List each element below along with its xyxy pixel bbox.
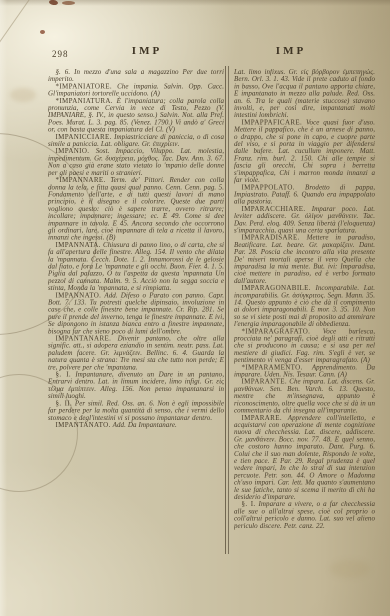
running-head-right: IMP bbox=[246, 45, 336, 57]
dictionary-entry: *IMPARAGRAFATO. Voce burlesca, procciata… bbox=[234, 328, 375, 364]
left-column: §. 6. In mezzo d'una sala a magazzino Pe… bbox=[48, 69, 224, 551]
ink-stain bbox=[62, 1, 75, 5]
running-head-left: IMP bbox=[102, 45, 192, 57]
left-column-text: §. 6. In mezzo d'una sala a magazzino Pe… bbox=[48, 69, 224, 429]
dictionary-entry: IMPANTANATO. Add. Da Impantanare. bbox=[48, 422, 224, 429]
entry-body: Voce quasi fuor d'uso. Mettere il pappaf… bbox=[234, 119, 375, 184]
dictionary-entry: IMPANIO. Sost. Impaccio, Viluppo. Lat. m… bbox=[48, 148, 224, 177]
dictionary-entry: *IMPANNARE. Term. de' Pittori. Render co… bbox=[48, 177, 224, 242]
paper-stain bbox=[330, 560, 370, 578]
dictionary-entry: IMPANTANARE. Divenir pantano, che oltre … bbox=[48, 336, 224, 372]
page-number: 298 bbox=[52, 49, 69, 59]
entry-body: Chiusura di panno lino, o di carta, che … bbox=[48, 241, 224, 292]
ink-stain bbox=[40, 30, 45, 34]
entry-body: Per simil. Red. Oss. an. 6. Non è egli i… bbox=[48, 400, 224, 422]
dictionary-entry: IMPAPPAFICARE. Voce quasi fuor d'uso. Me… bbox=[234, 119, 375, 184]
entry-body: Add. Difeso o Parato con panno. Capr. Bo… bbox=[48, 292, 224, 336]
right-column-text: Lat. limo infixus. Gr. εἰς βόρβορον ἐμπε… bbox=[234, 69, 375, 530]
dictionary-entry: IMPARAGONABILE. Incomparabile. Lat. inco… bbox=[234, 285, 375, 328]
dictionary-entry: Lat. limo infixus. Gr. εἰς βόρβορον ἐμπε… bbox=[234, 69, 375, 119]
entry-body: Term. de' Pittori. Render con colla donn… bbox=[48, 177, 224, 242]
dictionary-entry: IMPAPPOLATO. Brodetto di pappa, Impiastr… bbox=[234, 184, 375, 206]
entry-body: §. 6. In mezzo d'una sala a magazzino Pe… bbox=[48, 69, 224, 83]
entry-headword: IMPANTANATO. bbox=[56, 421, 111, 429]
dictionary-entry: *IMPANIATORE. Che impania. Salvin. Opp. … bbox=[48, 83, 224, 97]
right-column: Lat. limo infixus. Gr. εἰς βόρβορον ἐμπε… bbox=[234, 69, 375, 551]
dictionary-entry: IMPARANTE. Che impara. Lat. discens. Gr.… bbox=[234, 379, 375, 415]
dictionary-entry: *IMPARAMENTO. Apprendimento. Da imparare… bbox=[234, 364, 375, 378]
entry-body: Lat. limo infixus. Gr. εἰς βόρβορον ἐμπε… bbox=[234, 69, 375, 119]
dictionary-entry: IMPANICCIARE. Impiastricciare di panicci… bbox=[48, 134, 224, 148]
entry-body: Imparare a vivere, o a far checchessia a… bbox=[234, 501, 375, 530]
dictionary-entry: IMPARARE. Apprendere coll'intelletto, e … bbox=[234, 415, 375, 501]
dictionary-entry: §. II. Per simil. Red. Oss. an. 6. Non è… bbox=[48, 400, 224, 422]
entry-body: Impantanare, divenuto un Dare in un pant… bbox=[48, 371, 224, 400]
paper-stain bbox=[10, 88, 36, 102]
dictionary-entry: *IMPANIATURA. È l'impaniatura; colla par… bbox=[48, 98, 224, 134]
entry-body: Apprendere coll'intelletto, e acquistarv… bbox=[234, 414, 375, 501]
entry-body: Mettere in paradiso, Beatificare. Lat. b… bbox=[234, 234, 375, 285]
column-divider-rule bbox=[225, 66, 229, 554]
entry-body: Add. Da Impantanare. bbox=[113, 421, 177, 429]
entry-body: Incomparabile. Lat. incomparabilis. Gr. … bbox=[234, 285, 375, 329]
dictionary-entry: IMPARACCHIARE. Imparar poco. Lat. levite… bbox=[234, 206, 375, 235]
dictionary-entry: §. I. Impantanare, divenuto un Dare in u… bbox=[48, 372, 224, 401]
page-top-edge-shadow bbox=[0, 0, 390, 6]
dictionary-entry: §. 6. In mezzo d'una sala a magazzino Pe… bbox=[48, 69, 224, 83]
dictionary-entry: IMPARADISARE. Mettere in paradiso, Beati… bbox=[234, 235, 375, 285]
dictionary-entry: IMPANNATO. Add. Difeso o Parato con pann… bbox=[48, 292, 224, 335]
dictionary-entry: IMPANNATA. Chiusura di panno lino, o di … bbox=[48, 242, 224, 292]
dictionary-entry: §. I. Imparare a vivere, o a far checche… bbox=[234, 501, 375, 530]
